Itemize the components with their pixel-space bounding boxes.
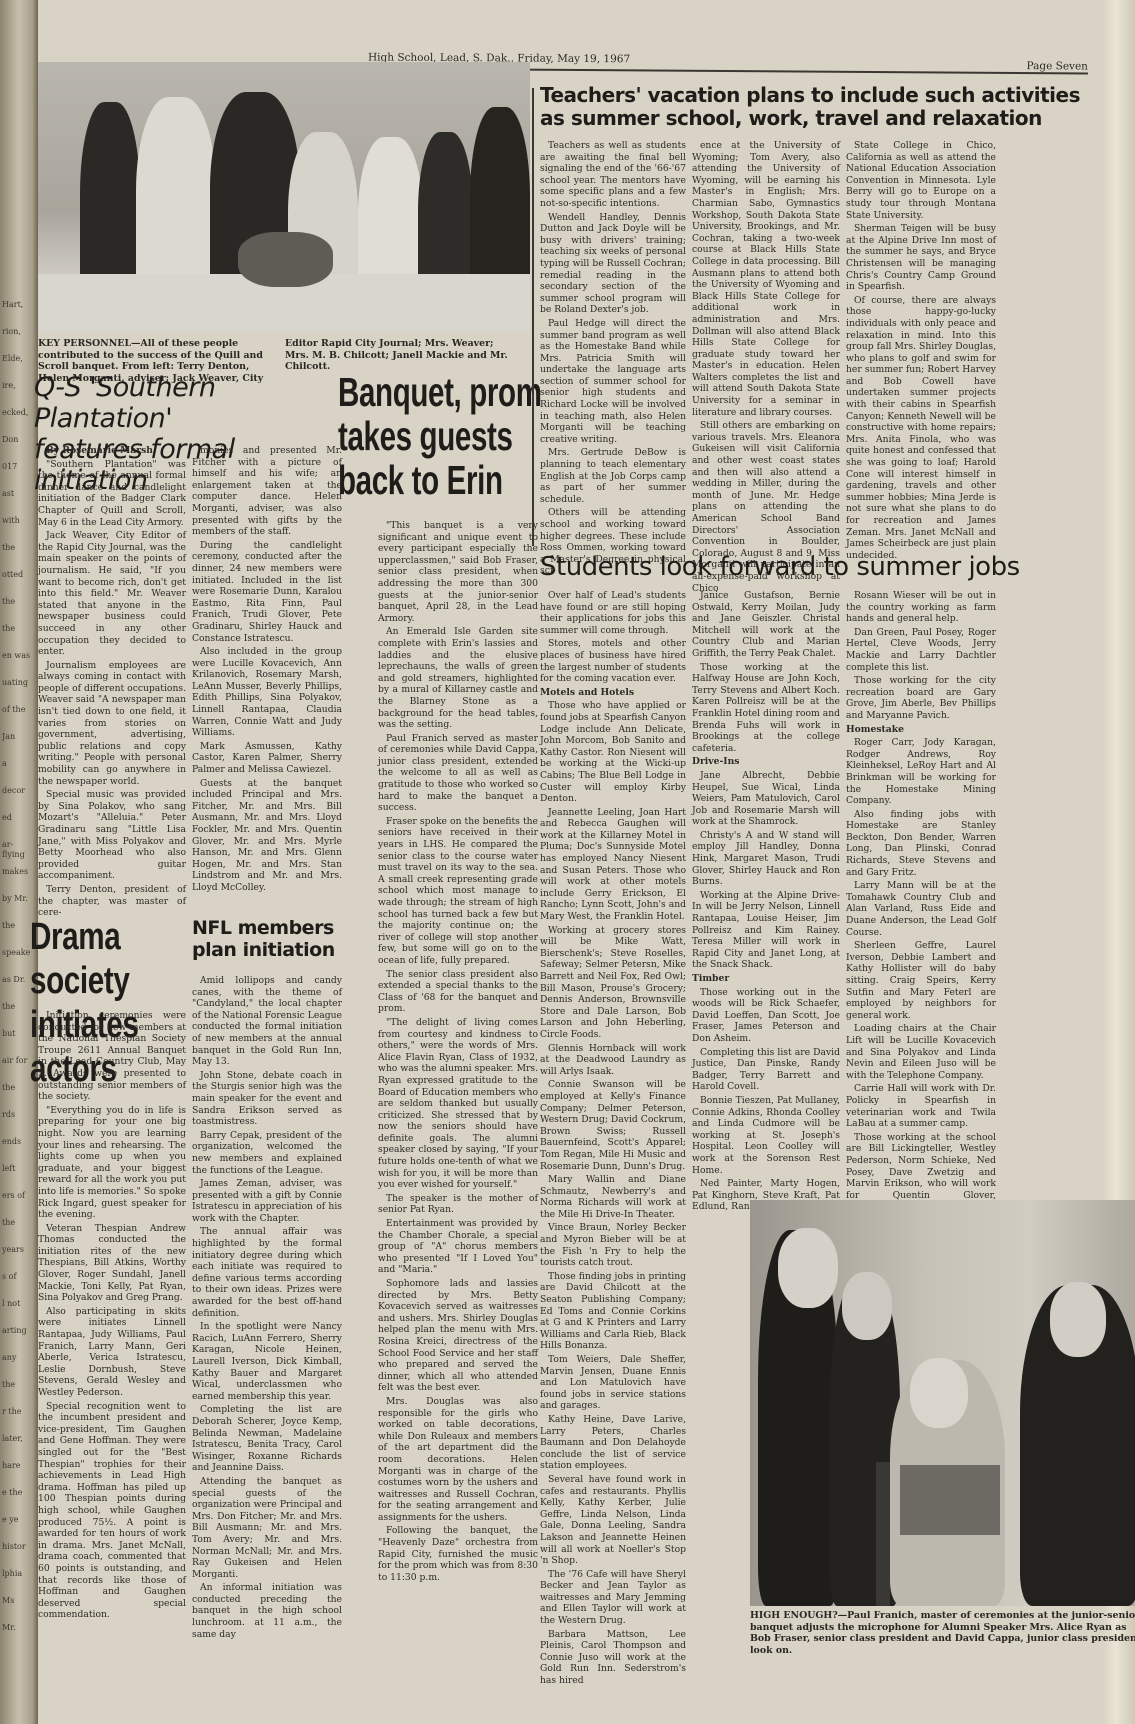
- section-subhead: Drive-Ins: [692, 756, 840, 768]
- paragraph: Completing this list are David Justice, …: [692, 1047, 840, 1093]
- paragraph: Connie Swanson will be employed at Kelly…: [540, 1079, 686, 1172]
- gutter-text-fragment: the: [2, 597, 32, 607]
- paragraph: Those working for the city recreation bo…: [846, 675, 996, 721]
- gutter-text-fragment: rds: [2, 1110, 32, 1120]
- paragraph: Working at the Alpine Drive-In will be J…: [692, 890, 840, 971]
- gutter-text-fragment: the: [2, 624, 32, 634]
- banquet-headline: Banquet, prom takes guests back to Erin: [338, 370, 547, 502]
- column-rule: [532, 88, 534, 546]
- gutter-text-fragment: e ye: [2, 1515, 32, 1525]
- section-subhead: Timber: [692, 973, 840, 985]
- paragraph: Several have found work in cafes and res…: [540, 1474, 686, 1567]
- gutter-text-fragment: e the: [2, 1488, 32, 1498]
- gutter-text-fragment: 017: [2, 462, 32, 472]
- gutter-text-fragment: of the: [2, 705, 32, 715]
- paragraph: Dan Green, Paul Posey, Roger Hertel, Cle…: [846, 627, 996, 673]
- gutter-text-fragment: speake: [2, 948, 32, 958]
- teachers-column-3: State College in Chico, California as we…: [846, 140, 996, 563]
- paragraph: Janice Gustafson, Bernie Ostwald, Kerry …: [692, 590, 840, 660]
- teachers-column-2: ence at the University of Wyoming; Tom A…: [692, 140, 840, 596]
- gutter-text-fragment: the: [2, 1380, 32, 1390]
- paragraph: Jane Albrecht, Debbie Heupel, Sue Wical,…: [692, 770, 840, 828]
- paragraph: Mary Wallin and Diane Schmautz, Newberry…: [540, 1174, 686, 1220]
- paragraph: Rosann Wieser will be out in the country…: [846, 590, 996, 625]
- paragraph: Roger Carr, Jody Karagan, Rodger Andrews…: [846, 737, 996, 807]
- gutter-text-fragment: Ms: [2, 1596, 32, 1606]
- summer-jobs-headline: Students look forward to summer jobs: [540, 552, 1100, 582]
- gutter-text-fragment: Mr.: [2, 1623, 32, 1633]
- gutter-text-fragment: air for: [2, 1056, 32, 1066]
- newspaper-page: High School, Lead, S. Dak., Friday, May …: [38, 0, 1103, 1724]
- gutter-text-fragment: with: [2, 516, 32, 526]
- paragraph: Loading chairs at the Chair Lift will be…: [846, 1023, 996, 1081]
- gutter-text-fragment: the: [2, 921, 32, 931]
- gutter-text-fragment: any: [2, 1353, 32, 1363]
- teachers-column-1: Teachers as well as students are awaitin…: [540, 140, 686, 579]
- gutter-text-fragment: lphia: [2, 1569, 32, 1579]
- section-subhead: Homestake: [846, 724, 996, 736]
- nfl-headline: NFL members plan initiation: [192, 917, 342, 961]
- paragraph: Jeannette Leeling, Joan Hart and Rebecca…: [540, 807, 686, 923]
- banquet-column: "This banquet is a very significant and …: [378, 520, 538, 1585]
- gutter-text-fragment: as Dr.: [2, 975, 32, 985]
- paragraph: Stores, motels and other places of busin…: [540, 638, 686, 684]
- gutter-text-fragment: but: [2, 1029, 32, 1039]
- summer-jobs-column-1: Over half of Lead's students have found …: [540, 590, 686, 1689]
- paragraph: Barbara Mattson, Lee Pleinis, Carol Thom…: [540, 1629, 686, 1687]
- gutter-text-fragment: Hart,: [2, 300, 32, 310]
- drama-column: Initiation ceremonies were conducted for…: [38, 1010, 186, 1623]
- high-enough-caption: HIGH ENOUGH?—Paul Franich, master of cer…: [750, 1610, 1135, 1656]
- paragraph: Over half of Lead's students have found …: [540, 590, 686, 636]
- gutter-text-fragment: otted: [2, 570, 32, 580]
- gutter-text-fragment: Elde,: [2, 354, 32, 364]
- previous-page-gutter: Hart,rion,Elde,ire,ecked,Don017astwithth…: [0, 0, 38, 1724]
- paragraph: Sherleen Geffre, Laurel Iverson, Debbie …: [846, 940, 996, 1021]
- paragraph: The '76 Cafe will have Sheryl Becker and…: [540, 1569, 686, 1627]
- gutter-text-fragment: decor: [2, 786, 32, 796]
- nfl-column: Amid lollipops and candy canes, with the…: [192, 975, 342, 1642]
- gutter-text-fragment: uating: [2, 678, 32, 688]
- section-subhead: Motels and Hotels: [540, 687, 686, 699]
- gutter-text-fragment: ed: [2, 813, 32, 823]
- gutter-text-fragment: l not: [2, 1299, 32, 1309]
- high-enough-photo: [750, 1200, 1135, 1606]
- paragraph: Working at grocery stores will be Mike W…: [540, 925, 686, 1041]
- summer-jobs-column-3: Rosann Wieser will be out in the country…: [846, 590, 996, 1226]
- gutter-text-fragment: by Mr.: [2, 894, 32, 904]
- gutter-text-fragment: ers of: [2, 1191, 32, 1201]
- gutter-text-fragment: rion,: [2, 327, 32, 337]
- gutter-text-fragment: the: [2, 1083, 32, 1093]
- gutter-text-fragment: ecked,: [2, 408, 32, 418]
- paragraph: Carrie Hall will work with Dr. Policky i…: [846, 1083, 996, 1129]
- gutter-text-fragment: ast: [2, 489, 32, 499]
- paragraph: Those working at the Halfway House are J…: [692, 662, 840, 755]
- gutter-text-fragment: the: [2, 1002, 32, 1012]
- gutter-text-fragment: the: [2, 543, 32, 553]
- qs-column-2: monies and presented Mr. Fitcher with a …: [192, 445, 342, 896]
- key-personnel-photo: [38, 62, 530, 332]
- gutter-text-fragment: left: [2, 1164, 32, 1174]
- gutter-text-fragment: later,: [2, 1434, 32, 1444]
- gutter-text-fragment: makes: [2, 867, 32, 877]
- paragraph: Larry Mann will be at the Tomahawk Count…: [846, 880, 996, 938]
- paragraph: Christy's A and W stand will employ Jill…: [692, 830, 840, 888]
- gutter-text-fragment: Don: [2, 435, 32, 445]
- qs-column-1: By Rosemarie Marsh "Southern Plantation"…: [38, 445, 186, 921]
- gutter-text-fragment: the: [2, 1218, 32, 1228]
- gutter-text-fragment: Jan: [2, 732, 32, 742]
- paragraph: Those finding jobs in printing are David…: [540, 1271, 686, 1352]
- gutter-text-fragment: histor: [2, 1542, 32, 1552]
- gutter-text-fragment: hare: [2, 1461, 32, 1471]
- paragraph: Vince Braun, Norley Becker and Myron Bie…: [540, 1222, 686, 1268]
- paragraph: Those working out in the woods will be R…: [692, 987, 840, 1045]
- gutter-text-fragment: s of: [2, 1272, 32, 1282]
- page-number: Page Seven: [1026, 60, 1088, 72]
- gutter-text-fragment: r the: [2, 1407, 32, 1417]
- paragraph: Glennis Hornback will work at the Deadwo…: [540, 1043, 686, 1078]
- gutter-text-fragment: a: [2, 759, 32, 769]
- paragraph: Those who have applied or found jobs at …: [540, 700, 686, 804]
- gutter-text-fragment: ends: [2, 1137, 32, 1147]
- gutter-text-fragment: ire,: [2, 381, 32, 391]
- gutter-text-fragment: en was: [2, 651, 32, 661]
- gutter-text-fragment: ar-flying: [2, 840, 32, 860]
- paragraph: Kathy Heine, Dave Larive, Larry Peters, …: [540, 1414, 686, 1472]
- gutter-text-fragment: arting: [2, 1326, 32, 1336]
- gutter-text-fragment: years: [2, 1245, 32, 1255]
- paragraph: Tom Weiers, Dale Sheffer, Marvin Jensen,…: [540, 1354, 686, 1412]
- teachers-headline: Teachers' vacation plans to include such…: [540, 84, 1100, 130]
- paragraph: Also finding jobs with Homestake are Sta…: [846, 809, 996, 879]
- paragraph: Bonnie Tieszen, Pat Mullaney, Connie Adk…: [692, 1095, 840, 1176]
- summer-jobs-column-2: Janice Gustafson, Bernie Ostwald, Kerry …: [692, 590, 840, 1215]
